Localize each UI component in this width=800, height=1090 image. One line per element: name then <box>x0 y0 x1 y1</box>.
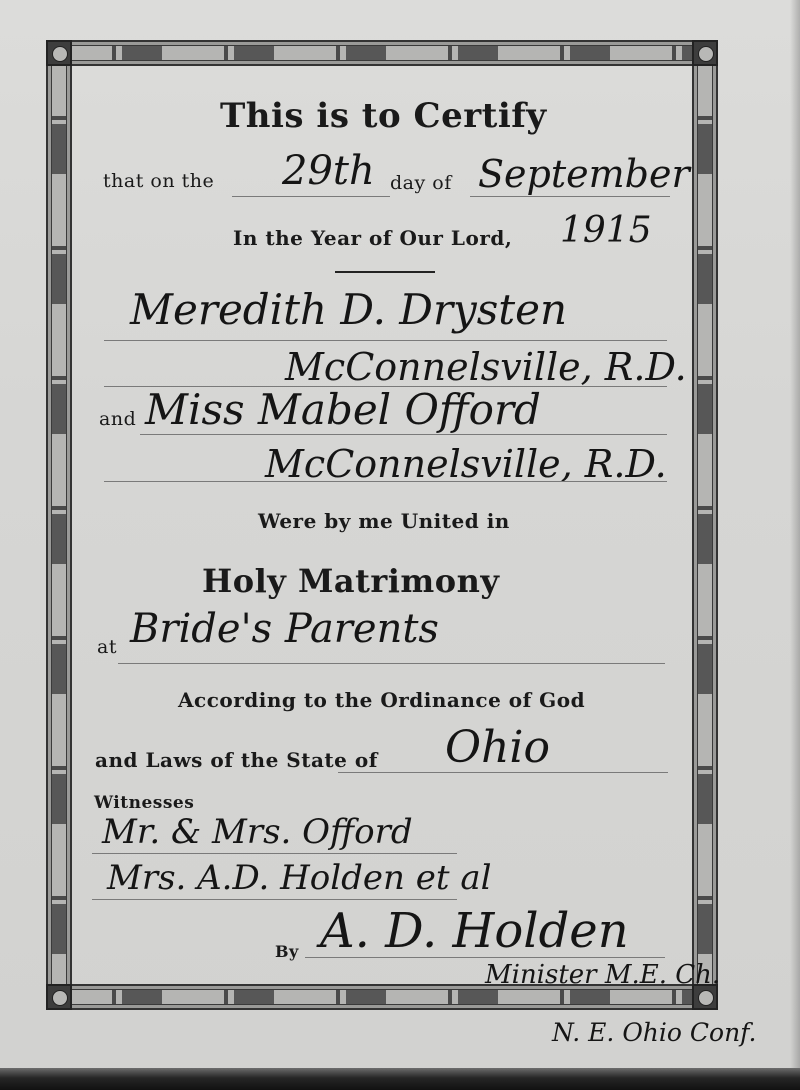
border-left <box>46 40 72 1010</box>
scan-bottom-shadow <box>0 1068 800 1090</box>
certificate-title: This is to Certify <box>220 96 547 136</box>
laws-line: and Laws of the State of <box>95 748 378 772</box>
by-label: By <box>275 942 299 961</box>
groom-residence: McConnelsville, R.D. <box>285 345 687 389</box>
day-of-label: day of <box>390 172 452 194</box>
month-rule <box>470 196 670 197</box>
officiant-signature: A. D. Holden <box>320 903 629 959</box>
paper-edge-shadow <box>790 0 800 1070</box>
bride-name-rule <box>140 434 667 435</box>
bride-name: Miss Mabel Offord <box>145 385 541 434</box>
and-label: and <box>99 408 136 430</box>
witness-2-rule <box>92 899 457 900</box>
bride-residence-rule <box>104 481 667 482</box>
witness-2: Mrs. A.D. Holden et al <box>107 858 491 898</box>
date-prefix-label: that on the <box>103 170 214 192</box>
witnesses-label: Witnesses <box>94 793 194 813</box>
year-value: 1915 <box>560 210 652 251</box>
bride-residence: McConnelsville, R.D. <box>265 442 667 486</box>
place-rule <box>118 663 665 664</box>
at-label: at <box>97 636 117 658</box>
month-value: September <box>478 152 690 196</box>
separator-rule <box>335 271 435 273</box>
border-top <box>46 40 718 66</box>
officiant-conference: N. E. Ohio Conf. <box>552 1018 757 1047</box>
day-value: 29th <box>282 148 375 194</box>
officiant-title: Minister M.E. Ch. <box>485 960 720 990</box>
day-rule <box>232 196 390 197</box>
year-prefix-label: In the Year of Our Lord, <box>233 226 512 250</box>
united-line: Were by me United in <box>258 509 510 533</box>
place-value: Bride's Parents <box>130 606 439 652</box>
witness-1: Mr. & Mrs. Offord <box>102 812 413 852</box>
groom-name: Meredith D. Drysten <box>130 285 567 334</box>
state-value: Ohio <box>445 722 550 773</box>
corner-ornament-icon <box>46 40 72 66</box>
groom-name-rule <box>104 340 667 341</box>
witness-1-rule <box>92 853 457 854</box>
corner-ornament-icon <box>692 40 718 66</box>
corner-ornament-icon <box>46 984 72 1010</box>
ordinance-line: According to the Ordinance of God <box>178 688 585 712</box>
holy-matrimony-heading: Holy Matrimony <box>202 562 499 600</box>
border-right <box>692 40 718 1010</box>
